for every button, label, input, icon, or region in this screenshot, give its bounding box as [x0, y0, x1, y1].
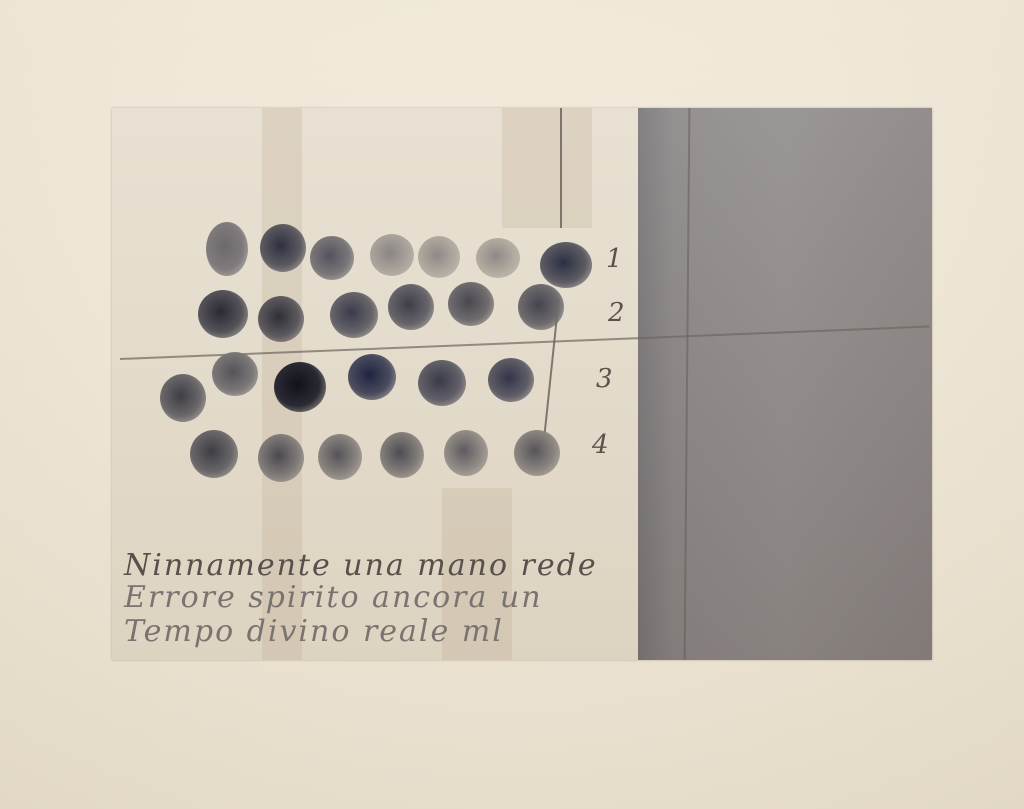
fingerprint — [418, 236, 460, 278]
fingerprint — [476, 238, 520, 278]
fingerprint — [206, 222, 248, 276]
fingerprint — [212, 352, 258, 396]
fingerprint — [448, 282, 494, 326]
script-line-3: Tempo divino reale ml — [124, 614, 504, 649]
fingerprint — [388, 284, 434, 330]
numeral-2: 2 — [608, 298, 625, 328]
fingerprint — [380, 432, 424, 478]
fingerprint — [540, 242, 592, 288]
script-line-2: Errore spirito ancora un — [124, 580, 543, 615]
fingerprint — [258, 296, 304, 342]
fingerprint — [310, 236, 354, 280]
fingerprint — [160, 374, 206, 422]
fingerprint — [348, 354, 396, 400]
fingerprint — [258, 434, 304, 482]
numeral-4: 4 — [592, 430, 609, 460]
fingerprint — [198, 290, 248, 338]
pencil-line — [560, 108, 562, 228]
gray-panel — [638, 108, 932, 660]
fingerprint — [518, 284, 564, 330]
fingerprint — [274, 362, 326, 412]
fingerprint — [444, 430, 488, 476]
numeral-1: 1 — [606, 244, 623, 274]
script-line-1: Ninnamente una mano rede — [124, 548, 598, 583]
fingerprint — [370, 234, 414, 276]
fingerprint — [514, 430, 560, 476]
paper-stain — [502, 108, 592, 228]
fingerprint — [330, 292, 378, 338]
fingerprint — [318, 434, 362, 480]
fingerprint — [488, 358, 534, 402]
fingerprint — [190, 430, 238, 478]
numeral-3: 3 — [596, 364, 613, 394]
fingerprint — [418, 360, 466, 406]
fingerprint — [260, 224, 306, 272]
artwork-paper: 1 2 3 4 Ninnamente una mano rede Errore … — [112, 108, 932, 660]
